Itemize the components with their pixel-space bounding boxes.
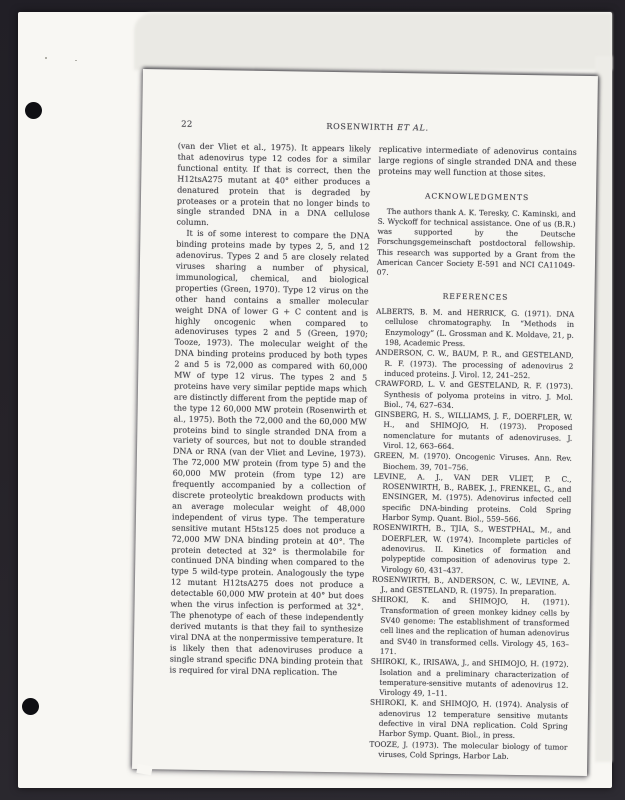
copier-toner-edge xyxy=(595,56,612,762)
reference-item: TOOZE, J. (1973). The molecular biology … xyxy=(369,739,567,763)
running-head-author: ROSENWIRTH xyxy=(326,122,394,132)
column-right: replicative intermediate of adenovirus c… xyxy=(369,145,577,763)
reference-item: GREEN, M. (1970). Oncogenic Viruses. Ann… xyxy=(374,451,572,475)
running-head-etal: ET AL. xyxy=(397,123,429,132)
reference-item: SHIROKI, K., IRISAWA, J., and SHIMOJO, H… xyxy=(370,657,569,701)
running-head: ROSENWIRTH ET AL. xyxy=(178,120,577,135)
column-left: (van der Vliet et al., 1975). It appears… xyxy=(169,142,370,679)
body-paragraph: (van der Vliet et al., 1975). It appears… xyxy=(176,142,370,232)
reference-item: GINSBERG, H. S., WILLIAMS, J. F., DOERFL… xyxy=(374,410,573,454)
reference-item: SHIROKI, K. and SHIMOJO, H. (1974). Anal… xyxy=(370,698,569,742)
hole-punch-top xyxy=(25,102,42,119)
reference-item: LEVINE, A. J., VAN DER VLIET, P. C., ROS… xyxy=(373,472,572,527)
page-number: 22 xyxy=(181,120,193,130)
dust-speck xyxy=(45,57,47,59)
page-content: 22 ROSENWIRTH ET AL. (van der Vliet et a… xyxy=(178,120,577,140)
acknowledgments-heading: ACKNOWLEDGMENTS xyxy=(378,190,576,202)
reference-item: SHIROKI, K. and SHIMOJO, H. (1971). Tran… xyxy=(371,595,570,660)
reference-item: ROSENWIRTH, B., TJIA, S., WESTPHAL, M., … xyxy=(372,523,571,578)
reference-item: ANDERSON, C. W., BAUM, P. R., and GESTEL… xyxy=(375,348,573,382)
acknowledgments-text: The authors thank A. K. Teresky, C. Kami… xyxy=(377,206,576,281)
references-list: ALBERTS, B. M. and HERRICK, G. (1971). D… xyxy=(369,307,574,763)
page-edge-notch xyxy=(136,764,152,775)
scan-backdrop: 22 ROSENWIRTH ET AL. (van der Vliet et a… xyxy=(0,0,625,800)
reference-item: ALBERTS, B. M. and HERRICK, G. (1971). D… xyxy=(376,307,575,351)
page-header: 22 ROSENWIRTH ET AL. xyxy=(178,120,577,140)
references-heading: REFERENCES xyxy=(376,291,574,303)
hole-punch-bottom xyxy=(22,698,39,715)
body-paragraph: replicative intermediate of adenovirus c… xyxy=(378,145,576,181)
scanned-page: 22 ROSENWIRTH ET AL. (van der Vliet et a… xyxy=(132,69,598,776)
paper-sheet: 22 ROSENWIRTH ET AL. (van der Vliet et a… xyxy=(18,12,612,788)
dust-speck xyxy=(75,60,77,61)
copier-toner-strip xyxy=(134,13,612,70)
body-paragraph: It is of some interest to compare the DN… xyxy=(169,229,369,679)
reference-item: CRAWFORD, L. V. and GESTELAND, R. F. (19… xyxy=(375,379,573,413)
